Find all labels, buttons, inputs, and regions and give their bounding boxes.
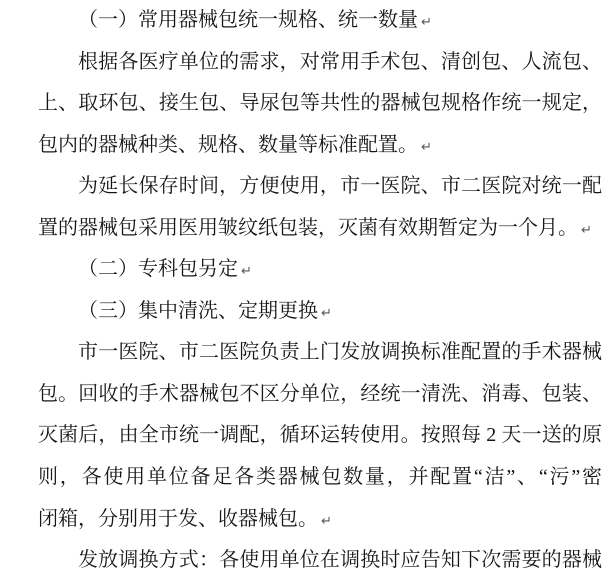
line-text: （三）集中清洗、定期更换	[78, 300, 318, 322]
line-text: 上、取环包、接生包、导尿包等共性的器械包规格作统一规定，	[38, 92, 602, 114]
line-text: 为延长保存时间，方便使用，市一医院、市二医院对统一配	[78, 175, 602, 197]
text-line: 为延长保存时间，方便使用，市一医院、市二医院对统一配	[38, 166, 602, 208]
line-text: 包内的器械种类、规格、数量等标准配置。	[38, 134, 418, 156]
paragraph-mark-icon: ↵	[581, 223, 592, 238]
paragraph-mark-icon: ↵	[241, 264, 252, 279]
line-text: 灭菌后，由全市统一调配，循环运转使用。按照每 2 天一送的原	[38, 424, 602, 446]
text-line: 灭菌后，由全市统一调配，循环运转使用。按照每 2 天一送的原	[38, 415, 602, 457]
line-text: 市一医院、市二医院负责上门发放调换标准配置的手术器械	[78, 341, 602, 363]
document-page: （一）常用器械包统一规格、统一数量↵ 根据各医疗单位的需求，对常用手术包、清创包…	[0, 0, 607, 582]
line-text: 置的器械包采用医用皱纹纸包装，灭菌有效期暂定为一个月。	[38, 217, 578, 239]
text-line: 包。回收的手术器械包不区分单位，经统一清洗、消毒、包装、	[38, 374, 602, 416]
text-line: 市一医院、市二医院负责上门发放调换标准配置的手术器械	[38, 332, 602, 374]
line-text: 包。回收的手术器械包不区分单位，经统一清洗、消毒、包装、	[38, 383, 602, 405]
line-text: 则，各使用单位备足各类器械包数量，并配置“洁”、“污”密	[38, 466, 602, 488]
line-text: 根据各医疗单位的需求，对常用手术包、清创包、人流包、	[78, 51, 602, 73]
line-text: （二）专科包另定	[78, 258, 238, 280]
line-text: 发放调换方式：各使用单位在调换时应告知下次需要的器械	[78, 549, 602, 571]
text-line: （二）专科包另定↵	[38, 249, 602, 291]
paragraph-mark-icon: ↵	[421, 15, 432, 30]
paragraph-mark-icon: ↵	[421, 140, 432, 155]
text-line: （一）常用器械包统一规格、统一数量↵	[38, 0, 602, 42]
text-line: 置的器械包采用医用皱纹纸包装，灭菌有效期暂定为一个月。↵	[38, 208, 602, 250]
paragraph-mark-icon: ↵	[321, 514, 332, 529]
text-line: 上、取环包、接生包、导尿包等共性的器械包规格作统一规定，	[38, 83, 602, 125]
text-line: 闭箱，分别用于发、收器械包。↵	[38, 499, 602, 541]
text-line: 则，各使用单位备足各类器械包数量，并配置“洁”、“污”密	[38, 457, 602, 499]
line-text: 闭箱，分别用于发、收器械包。	[38, 508, 318, 530]
line-text: （一）常用器械包统一规格、统一数量	[78, 9, 418, 31]
text-line: 包内的器械种类、规格、数量等标准配置。↵	[38, 125, 602, 167]
text-line: 根据各医疗单位的需求，对常用手术包、清创包、人流包、	[38, 42, 602, 84]
paragraph-mark-icon: ↵	[321, 306, 332, 321]
text-line: 发放调换方式：各使用单位在调换时应告知下次需要的器械	[38, 540, 602, 582]
text-line: （三）集中清洗、定期更换↵	[38, 291, 602, 333]
